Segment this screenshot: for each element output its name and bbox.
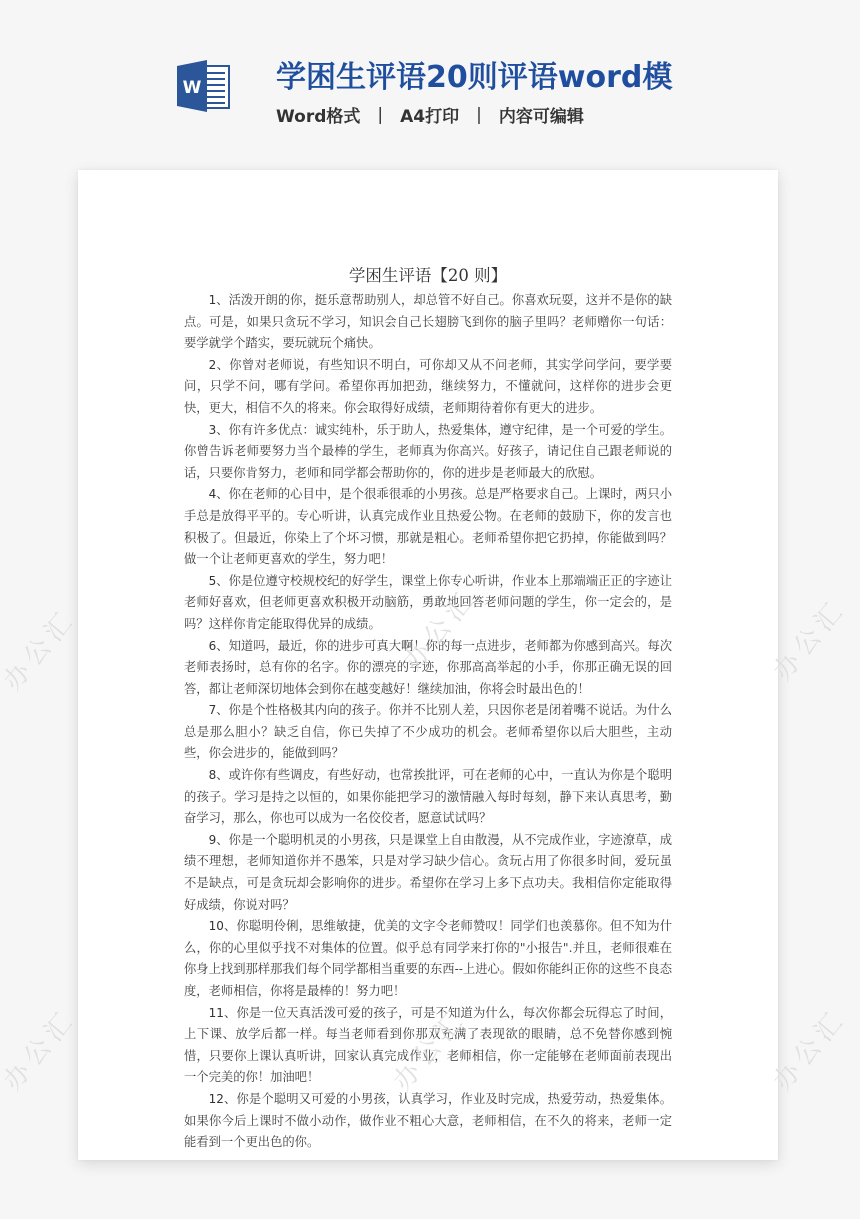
paragraph: 7、你是个性格极其内向的孩子。你并不比别人差，只因你老是闭着嘴不说话。为什么总是… bbox=[184, 700, 672, 765]
paragraph: 3、你有许多优点：诚实纯朴，乐于助人，热爱集体，遵守纪律，是一个可爱的学生。你曾… bbox=[184, 420, 672, 485]
paragraph: 6、知道吗，最近，你的进步可真大啊！你的每一点进步，老师都为你感到高兴。每次老师… bbox=[184, 636, 672, 701]
paragraph: 1、活泼开朗的你，挺乐意帮助别人，却总管不好自己。你喜欢玩耍，这并不是你的缺点。… bbox=[184, 290, 672, 355]
paragraph-text: 、你聪明伶俐，思维敏捷，优美的文字令老师赞叹！同学们也羡慕你。但不知为什么，你的… bbox=[184, 919, 672, 998]
separator: | bbox=[476, 105, 482, 125]
paragraph-number: 11 bbox=[209, 1006, 224, 1020]
paragraph-text: 、你在老师的心目中，是个很乖很乖的小男孩。总是严格要求自己。上课时，两只小手总是… bbox=[184, 487, 672, 566]
paragraph: 8、或许你有些调皮，有些好动，也常挨批评，可在老师的心中，一直认为你是个聪明的孩… bbox=[184, 765, 672, 830]
svg-text:W: W bbox=[183, 78, 202, 98]
paragraph: 9、你是一个聪明机灵的小男孩，只是课堂上自由散漫，从不完成作业，字迹潦草，成绩不… bbox=[184, 830, 672, 916]
document-body: 1、活泼开朗的你，挺乐意帮助别人，却总管不好自己。你喜欢玩耍，这并不是你的缺点。… bbox=[184, 290, 672, 1154]
paragraph-text: 、你曾对老师说，有些知识不明白，可你却又从不问老师，其实学问学问，要学要问，只学… bbox=[184, 358, 672, 415]
paragraph: 5、你是位遵守校规校纪的好学生，课堂上你专心听讲，作业本上那端端正正的字迹让老师… bbox=[184, 571, 672, 636]
paragraph-text: 、活泼开朗的你，挺乐意帮助别人，却总管不好自己。你喜欢玩耍，这并不是你的缺点。可… bbox=[184, 293, 672, 350]
paragraph-text: 、你是一个聪明机灵的小男孩，只是课堂上自由散漫，从不完成作业，字迹潦草，成绩不理… bbox=[184, 833, 672, 912]
feature-word-format: Word格式 bbox=[276, 102, 360, 127]
paragraph: 12、你是个聪明又可爱的小男孩，认真学习，作业及时完成，热爱劳动，热爱集体。如果… bbox=[184, 1089, 672, 1154]
page-title: 学困生评语20则评语word模 bbox=[276, 52, 672, 96]
watermark-text: 办公汇 bbox=[0, 1000, 83, 1097]
paragraph-number: 12 bbox=[209, 1092, 224, 1106]
paragraph-text: 、你是个聪明又可爱的小男孩，认真学习，作业及时完成，热爱劳动，热爱集体。如果你今… bbox=[184, 1092, 672, 1149]
paragraph: 2、你曾对老师说，有些知识不明白，可你却又从不问老师，其实学问学问，要学要问，只… bbox=[184, 355, 672, 420]
paragraph-text: 、或许你有些调皮，有些好动，也常挨批评，可在老师的心中，一直认为你是个聪明的孩子… bbox=[184, 768, 672, 825]
separator: | bbox=[377, 105, 383, 125]
word-icon: W bbox=[175, 58, 231, 114]
paragraph-text: 、你是个性格极其内向的孩子。你并不比别人差，只因你老是闭着嘴不说话。为什么总是那… bbox=[184, 703, 672, 760]
feature-list: Word格式 | A4打印 | 内容可编辑 bbox=[276, 102, 584, 127]
paragraph-text: 、你有许多优点：诚实纯朴，乐于助人，热爱集体，遵守纪律，是一个可爱的学生。你曾告… bbox=[184, 423, 672, 480]
paragraph-text: 、你是位遵守校规校纪的好学生，课堂上你专心听讲，作业本上那端端正正的字迹让老师好… bbox=[184, 574, 672, 631]
paragraph-text: 、你是一位天真活泼可爱的孩子，可是不知道为什么，每次你都会玩得忘了时间，上下课、… bbox=[184, 1006, 672, 1085]
paragraph-text: 、知道吗，最近，你的进步可真大啊！你的每一点进步，老师都为你感到高兴。每次老师表… bbox=[184, 639, 672, 696]
document-page: 学困生评语【20 则】 1、活泼开朗的你，挺乐意帮助别人，却总管不好自己。你喜欢… bbox=[78, 170, 778, 1160]
paragraph-number: 10 bbox=[209, 919, 224, 933]
paragraph: 11、你是一位天真活泼可爱的孩子，可是不知道为什么，每次你都会玩得忘了时间，上下… bbox=[184, 1003, 672, 1089]
document-title: 学困生评语【20 则】 bbox=[78, 262, 778, 286]
feature-a4-print: A4打印 bbox=[400, 102, 459, 127]
watermark-text: 办公汇 bbox=[0, 600, 83, 697]
feature-editable: 内容可编辑 bbox=[499, 102, 584, 127]
paragraph: 10、你聪明伶俐，思维敏捷，优美的文字令老师赞叹！同学们也羡慕你。但不知为什么，… bbox=[184, 916, 672, 1002]
page-header: W 学困生评语20则评语word模 Word格式 | A4打印 | 内容可编辑 bbox=[0, 0, 860, 170]
paragraph: 4、你在老师的心目中，是个很乖很乖的小男孩。总是严格要求自己。上课时，两只小手总… bbox=[184, 484, 672, 570]
